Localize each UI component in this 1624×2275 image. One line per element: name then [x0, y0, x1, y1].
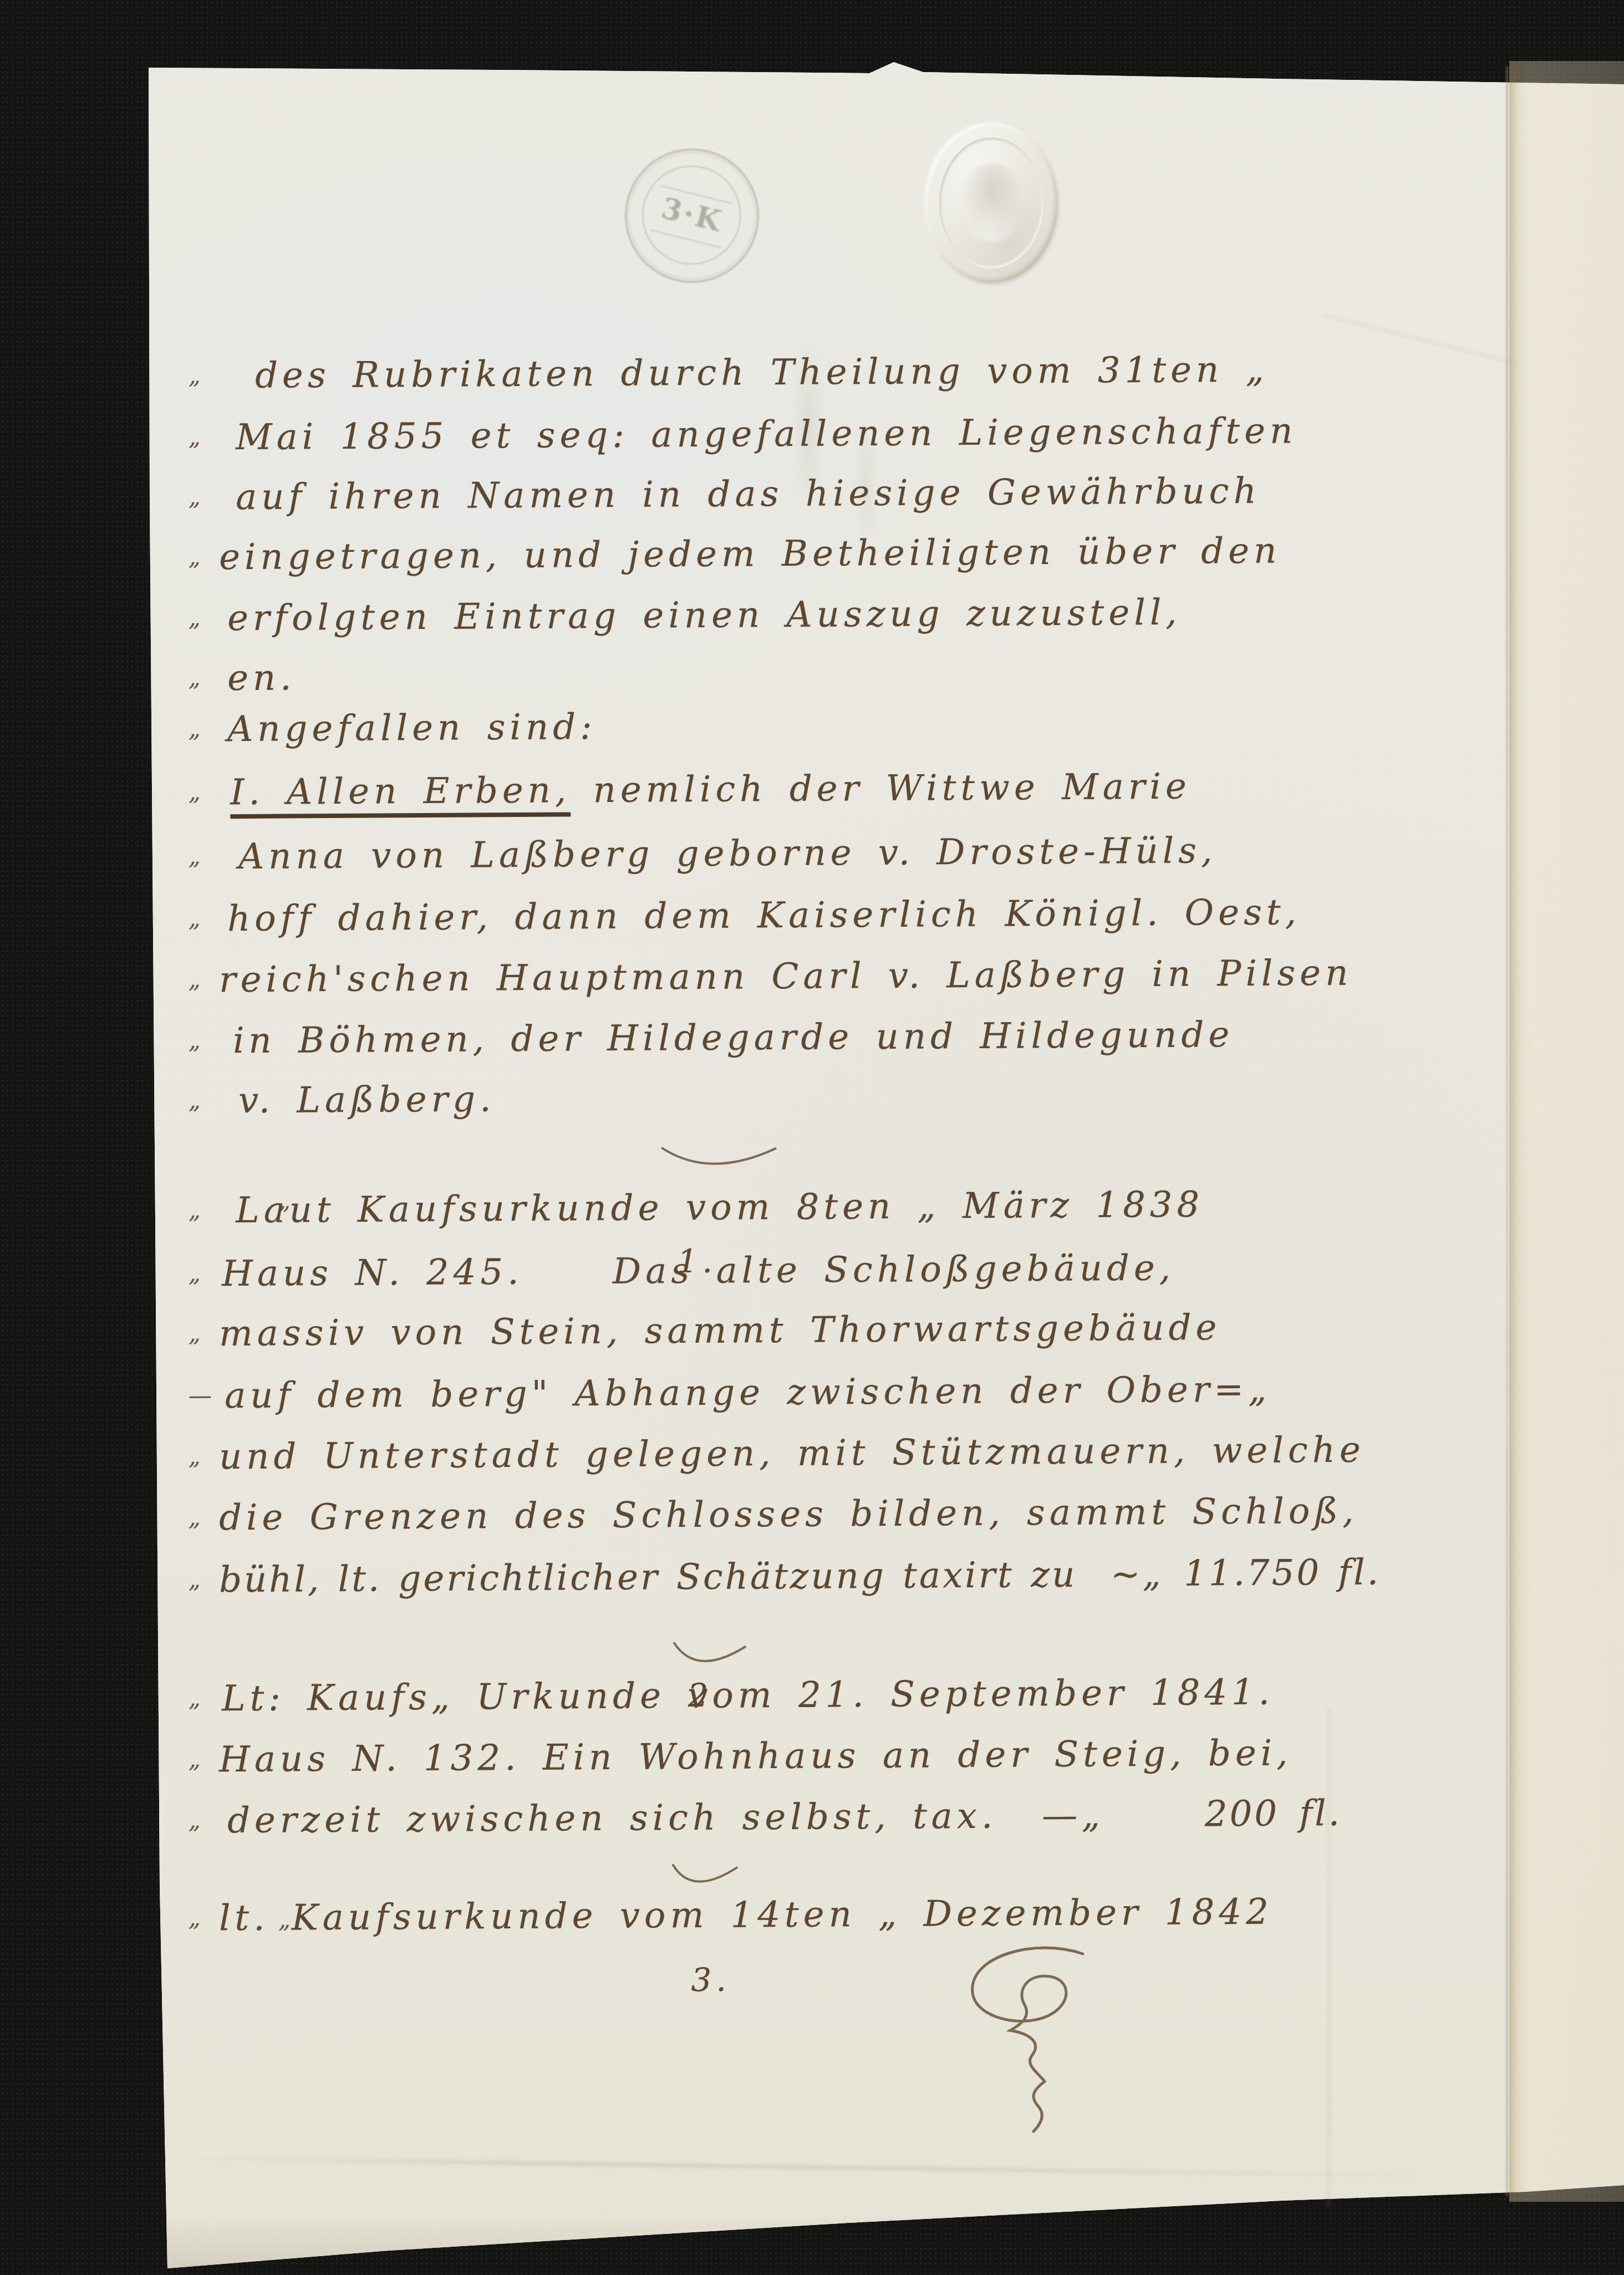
line-text: eingetragen, und jedem Betheiligten über… [219, 531, 1281, 578]
margin-quote-mark: „ [189, 526, 220, 588]
section-number-row: 2 [189, 1598, 1387, 1667]
margin-quote-mark: „ [189, 1887, 220, 1949]
line-text: en. [219, 657, 296, 699]
line-text: die Grenzen des Schlosses bilden, sammt … [219, 1491, 1358, 1539]
manuscript-line: „und Unterstadt gelegen, mit Stützmauern… [189, 1418, 1387, 1487]
margin-quote-mark: „ [189, 1667, 220, 1729]
line-text: Laut Kaufsurkunde vom 8ten „ März 1838 [219, 1184, 1204, 1231]
margin-quote-mark: „ [189, 1009, 220, 1072]
margin-quote-mark: „ [189, 698, 220, 760]
section-number-row: „ 1. [189, 1101, 1387, 1170]
manuscript-line: „hoff dahier, dann dem Kaiserlich Königl… [189, 880, 1387, 949]
margin-dash-mark: — [189, 1364, 220, 1426]
margin-quote-mark: „ [189, 948, 220, 1010]
archival-scan-page: { "page": { "background_color": "#141412… [0, 0, 1624, 2275]
line-text: in Böhmen, der Hildegarde und Hildegunde [219, 1014, 1234, 1062]
underlined-phrase: I. Allen Erben, [230, 770, 571, 819]
margin-quote-mark: „ [189, 344, 220, 407]
margin-quote-mark: „ [189, 761, 220, 823]
line-text: lt. Kaufsurkunde vom 14ten „ Dezember 18… [219, 1892, 1273, 1939]
margin-quote-mark: „ [189, 1486, 220, 1548]
margin-quote-mark: „ [189, 1302, 220, 1364]
section-number: 3. [691, 1949, 731, 2011]
manuscript-line: „Mai 1855 et seq: angefallenen Liegensch… [189, 399, 1387, 468]
margin-quote-mark: „ [189, 1425, 220, 1487]
manuscript-line: „massiv von Stein, sammt Thorwartsgebäud… [189, 1295, 1387, 1364]
line-text: Haus N. 132. Ein Wohnhaus an der Steig, … [219, 1733, 1292, 1780]
section-number-row: „ 3. [189, 1820, 1387, 1889]
line-text: auf dem berg" Abhange zwischen der Ober=… [219, 1369, 1271, 1417]
line-text: erfolgten Eintrag einen Auszug zuzustell… [219, 592, 1182, 639]
manuscript-line-heirs: „I. Allen Erben, nemlich der Wittwe Mari… [189, 754, 1387, 823]
manuscript-line: „lt. Kaufsurkunde vom 14ten „ Dezember 1… [189, 1880, 1387, 1949]
manuscript-line: „reich'schen Hauptmann Carl v. Laßberg i… [189, 941, 1387, 1010]
margin-quote-mark: „ [189, 1242, 220, 1304]
manuscript-line: „Anna von Laßberg geborne v. Droste-Hüls… [189, 818, 1387, 887]
manuscript-line: „Haus N. 245. Das alte Schloßgebäude, [189, 1235, 1387, 1304]
manuscript-line: „die Grenzen des Schlosses bilden, sammt… [189, 1479, 1387, 1548]
manuscript-line: „Angefallen sind: [189, 690, 1387, 760]
margin-quote-mark: „ [189, 887, 220, 949]
line-text: und Unterstadt gelegen, mit Stützmauern,… [219, 1430, 1365, 1478]
manuscript-line: „Haus N. 132. Ein Wohnhaus an der Steig,… [189, 1721, 1387, 1790]
line-text: Angefallen sind: [219, 707, 597, 750]
margin-quote-mark: „ [189, 587, 220, 649]
margin-quote-mark: „ [189, 1179, 220, 1241]
margin-quote-mark: „ [189, 1548, 220, 1611]
line-text: des Rubrikaten durch Theilung vom 31ten … [219, 349, 1269, 397]
manuscript-line: „des Rubrikaten durch Theilung vom 31ten… [189, 337, 1387, 407]
manuscript-line: „in Böhmen, der Hildegarde und Hildegund… [189, 1002, 1387, 1072]
margin-quote-mark: „ [189, 406, 220, 468]
line-text: auf ihren Namen in das hiesige Gewährbuc… [219, 471, 1261, 518]
appraised-amount: 11.750 fl. [1184, 1541, 1381, 1604]
manuscript-line: —auf dem berg" Abhange zwischen der Ober… [189, 1357, 1387, 1426]
line-text: reich'schen Hauptmann Carl v. Laßberg in… [219, 953, 1353, 1001]
line-text: Mai 1855 et seq: angefallenen Liegenscha… [219, 410, 1297, 458]
number-flourish [657, 1141, 785, 1175]
ink-flourish [958, 1944, 1102, 2144]
line-text: massiv von Stein, sammt Thorwartsgebäude [219, 1307, 1221, 1354]
line-text: nemlich der Wittwe Marie [571, 766, 1191, 811]
margin-quote-mark: „ [189, 466, 220, 528]
margin-quote-mark: „ [189, 1728, 220, 1790]
margin-quote-mark: „ [189, 825, 220, 887]
line-text: Lt: Kaufs„ Urkunde vom 21. September 184… [219, 1672, 1275, 1720]
manuscript-line: „eingetragen, und jedem Betheiligten übe… [189, 519, 1387, 588]
line-text: Anna von Laßberg geborne v. Droste-Hüls, [219, 830, 1217, 877]
manuscript-line: „Laut Kaufsurkunde vom 8ten „ März 1838 [189, 1172, 1387, 1241]
manuscript-line: „Lt: Kaufs„ Urkunde vom 21. September 18… [189, 1660, 1387, 1729]
line-text: bühl, lt. gerichtlicher Schätzung taxirt… [219, 1554, 1163, 1601]
line-text: Haus N. 245. Das alte Schloßgebäude, [219, 1248, 1175, 1295]
manuscript-line: „erfolgten Eintrag einen Auszug zuzustel… [189, 580, 1387, 649]
manuscript-line: „auf ihren Namen in das hiesige Gewährbu… [189, 459, 1387, 528]
line-text: hoff dahier, dann dem Kaiserlich Königl.… [219, 892, 1301, 940]
handwriting-layer: „des Rubrikaten durch Theilung vom 31ten… [0, 0, 1624, 2275]
